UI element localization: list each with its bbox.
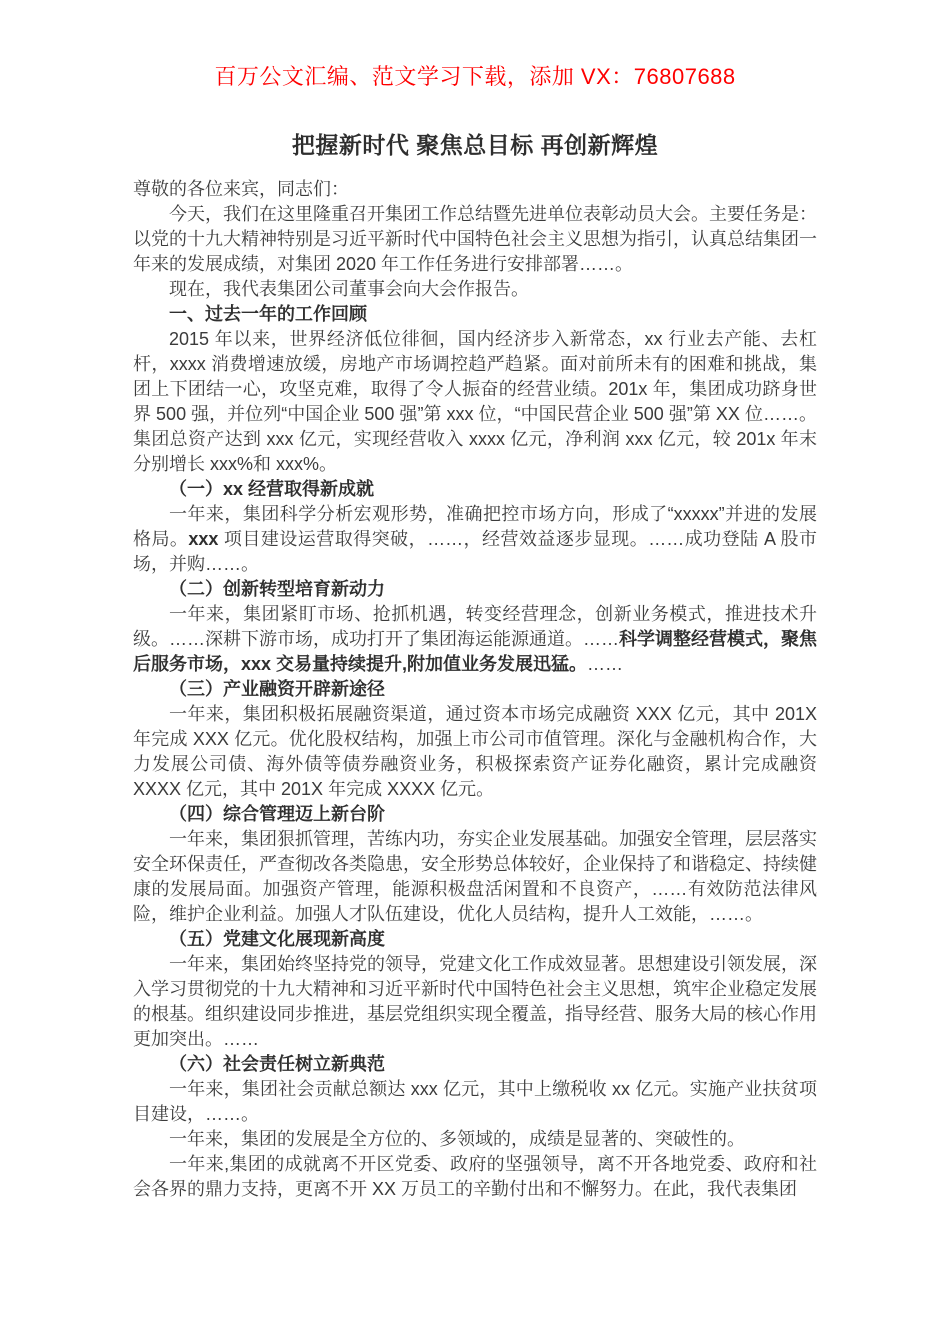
text-run: 尊敬的各位来宾，同志们： bbox=[133, 179, 349, 199]
text-run: 一年来，集团始终坚持党的领导，党建文化工作成效显著。思想建设引领发展，深入学习贯… bbox=[133, 954, 817, 1049]
bold-text-run: （六）社会责任树立新典范 bbox=[169, 1054, 385, 1074]
text-run: …… bbox=[587, 654, 623, 674]
section-heading: （三）产业融资开辟新途径 bbox=[133, 677, 817, 702]
paragraph: 一年来,集团的成就离不开区党委、政府的坚强领导，离不开各地党委、政府和社会各界的… bbox=[133, 1152, 817, 1202]
bold-text-run: （五）党建文化展现新高度 bbox=[169, 929, 385, 949]
text-run: 一年来，集团积极拓展融资渠道，通过资本市场完成融资 XXX 亿元，其中 201X… bbox=[133, 704, 817, 799]
text-run: 现在，我代表集团公司董事会向大会作报告。 bbox=[169, 279, 529, 299]
paragraph: 一年来，集团紧盯市场、抢抓机遇，转变经营理念，创新业务模式，推进技术升级。……深… bbox=[133, 602, 817, 677]
bold-text-run: （三）产业融资开辟新途径 bbox=[169, 679, 385, 699]
document-body: 尊敬的各位来宾，同志们：今天，我们在这里隆重召开集团工作总结暨先进单位表彰动员大… bbox=[133, 177, 817, 1202]
text-run: 一年来，集团狠抓管理，苦练内功，夯实企业发展基础。加强安全管理，层层落实安全环保… bbox=[133, 829, 817, 924]
bold-text-run: xxx bbox=[188, 529, 218, 549]
section-heading: （六）社会责任树立新典范 bbox=[133, 1052, 817, 1077]
text-run: 一年来,集团的成就离不开区党委、政府的坚强领导，离不开各地党委、政府和社会各界的… bbox=[133, 1154, 817, 1199]
paragraph: 一年来，集团积极拓展融资渠道，通过资本市场完成融资 XXX 亿元，其中 201X… bbox=[133, 702, 817, 802]
paragraph: 2015 年以来，世界经济低位徘徊，国内经济步入新常态，xx 行业去产能、去杠杆… bbox=[133, 327, 817, 477]
text-run: 2015 年以来，世界经济低位徘徊，国内经济步入新常态，xx 行业去产能、去杠杆… bbox=[133, 329, 817, 474]
document-title: 把握新时代 聚焦总目标 再创新辉煌 bbox=[133, 131, 817, 159]
paragraph: 一年来，集团的发展是全方位的、多领域的，成绩是显著的、突破性的。 bbox=[133, 1127, 817, 1152]
section-heading: （一）xx 经营取得新成就 bbox=[133, 477, 817, 502]
section-heading: 一、过去一年的工作回顾 bbox=[133, 302, 817, 327]
paragraph: 一年来，集团科学分析宏观形势，准确把控市场方向，形成了“xxxxx”并进的发展格… bbox=[133, 502, 817, 577]
text-run: 一年来，集团社会贡献总额达 xxx 亿元，其中上缴税收 xx 亿元。实施产业扶贫… bbox=[133, 1079, 817, 1124]
paragraph: 今天，我们在这里隆重召开集团工作总结暨先进单位表彰动员大会。主要任务是：以党的十… bbox=[133, 202, 817, 277]
promo-notice: 百万公文汇编、范文学习下载，添加 VX：76807688 bbox=[133, 64, 817, 90]
salutation: 尊敬的各位来宾，同志们： bbox=[133, 177, 817, 202]
text-run: 项目建设运营取得突破，……，经营效益逐步显现。……成功登陆 A 股市场，并购……… bbox=[133, 529, 817, 574]
paragraph: 一年来，集团社会贡献总额达 xxx 亿元，其中上缴税收 xx 亿元。实施产业扶贫… bbox=[133, 1077, 817, 1127]
paragraph: 一年来，集团狠抓管理，苦练内功，夯实企业发展基础。加强安全管理，层层落实安全环保… bbox=[133, 827, 817, 927]
text-run: 今天，我们在这里隆重召开集团工作总结暨先进单位表彰动员大会。主要任务是：以党的十… bbox=[133, 204, 817, 274]
bold-text-run: （二）创新转型培育新动力 bbox=[169, 579, 385, 599]
document-page: 百万公文汇编、范文学习下载，添加 VX：76807688 把握新时代 聚焦总目标… bbox=[0, 0, 950, 1344]
bold-text-run: （一）xx 经营取得新成就 bbox=[169, 479, 374, 499]
section-heading: （四）综合管理迈上新台阶 bbox=[133, 802, 817, 827]
section-heading: （二）创新转型培育新动力 bbox=[133, 577, 817, 602]
paragraph: 现在，我代表集团公司董事会向大会作报告。 bbox=[133, 277, 817, 302]
section-heading: （五）党建文化展现新高度 bbox=[133, 927, 817, 952]
text-run: 一年来，集团的发展是全方位的、多领域的，成绩是显著的、突破性的。 bbox=[169, 1129, 745, 1149]
paragraph: 一年来，集团始终坚持党的领导，党建文化工作成效显著。思想建设引领发展，深入学习贯… bbox=[133, 952, 817, 1052]
bold-text-run: 一、过去一年的工作回顾 bbox=[169, 304, 367, 324]
bold-text-run: （四）综合管理迈上新台阶 bbox=[169, 804, 385, 824]
